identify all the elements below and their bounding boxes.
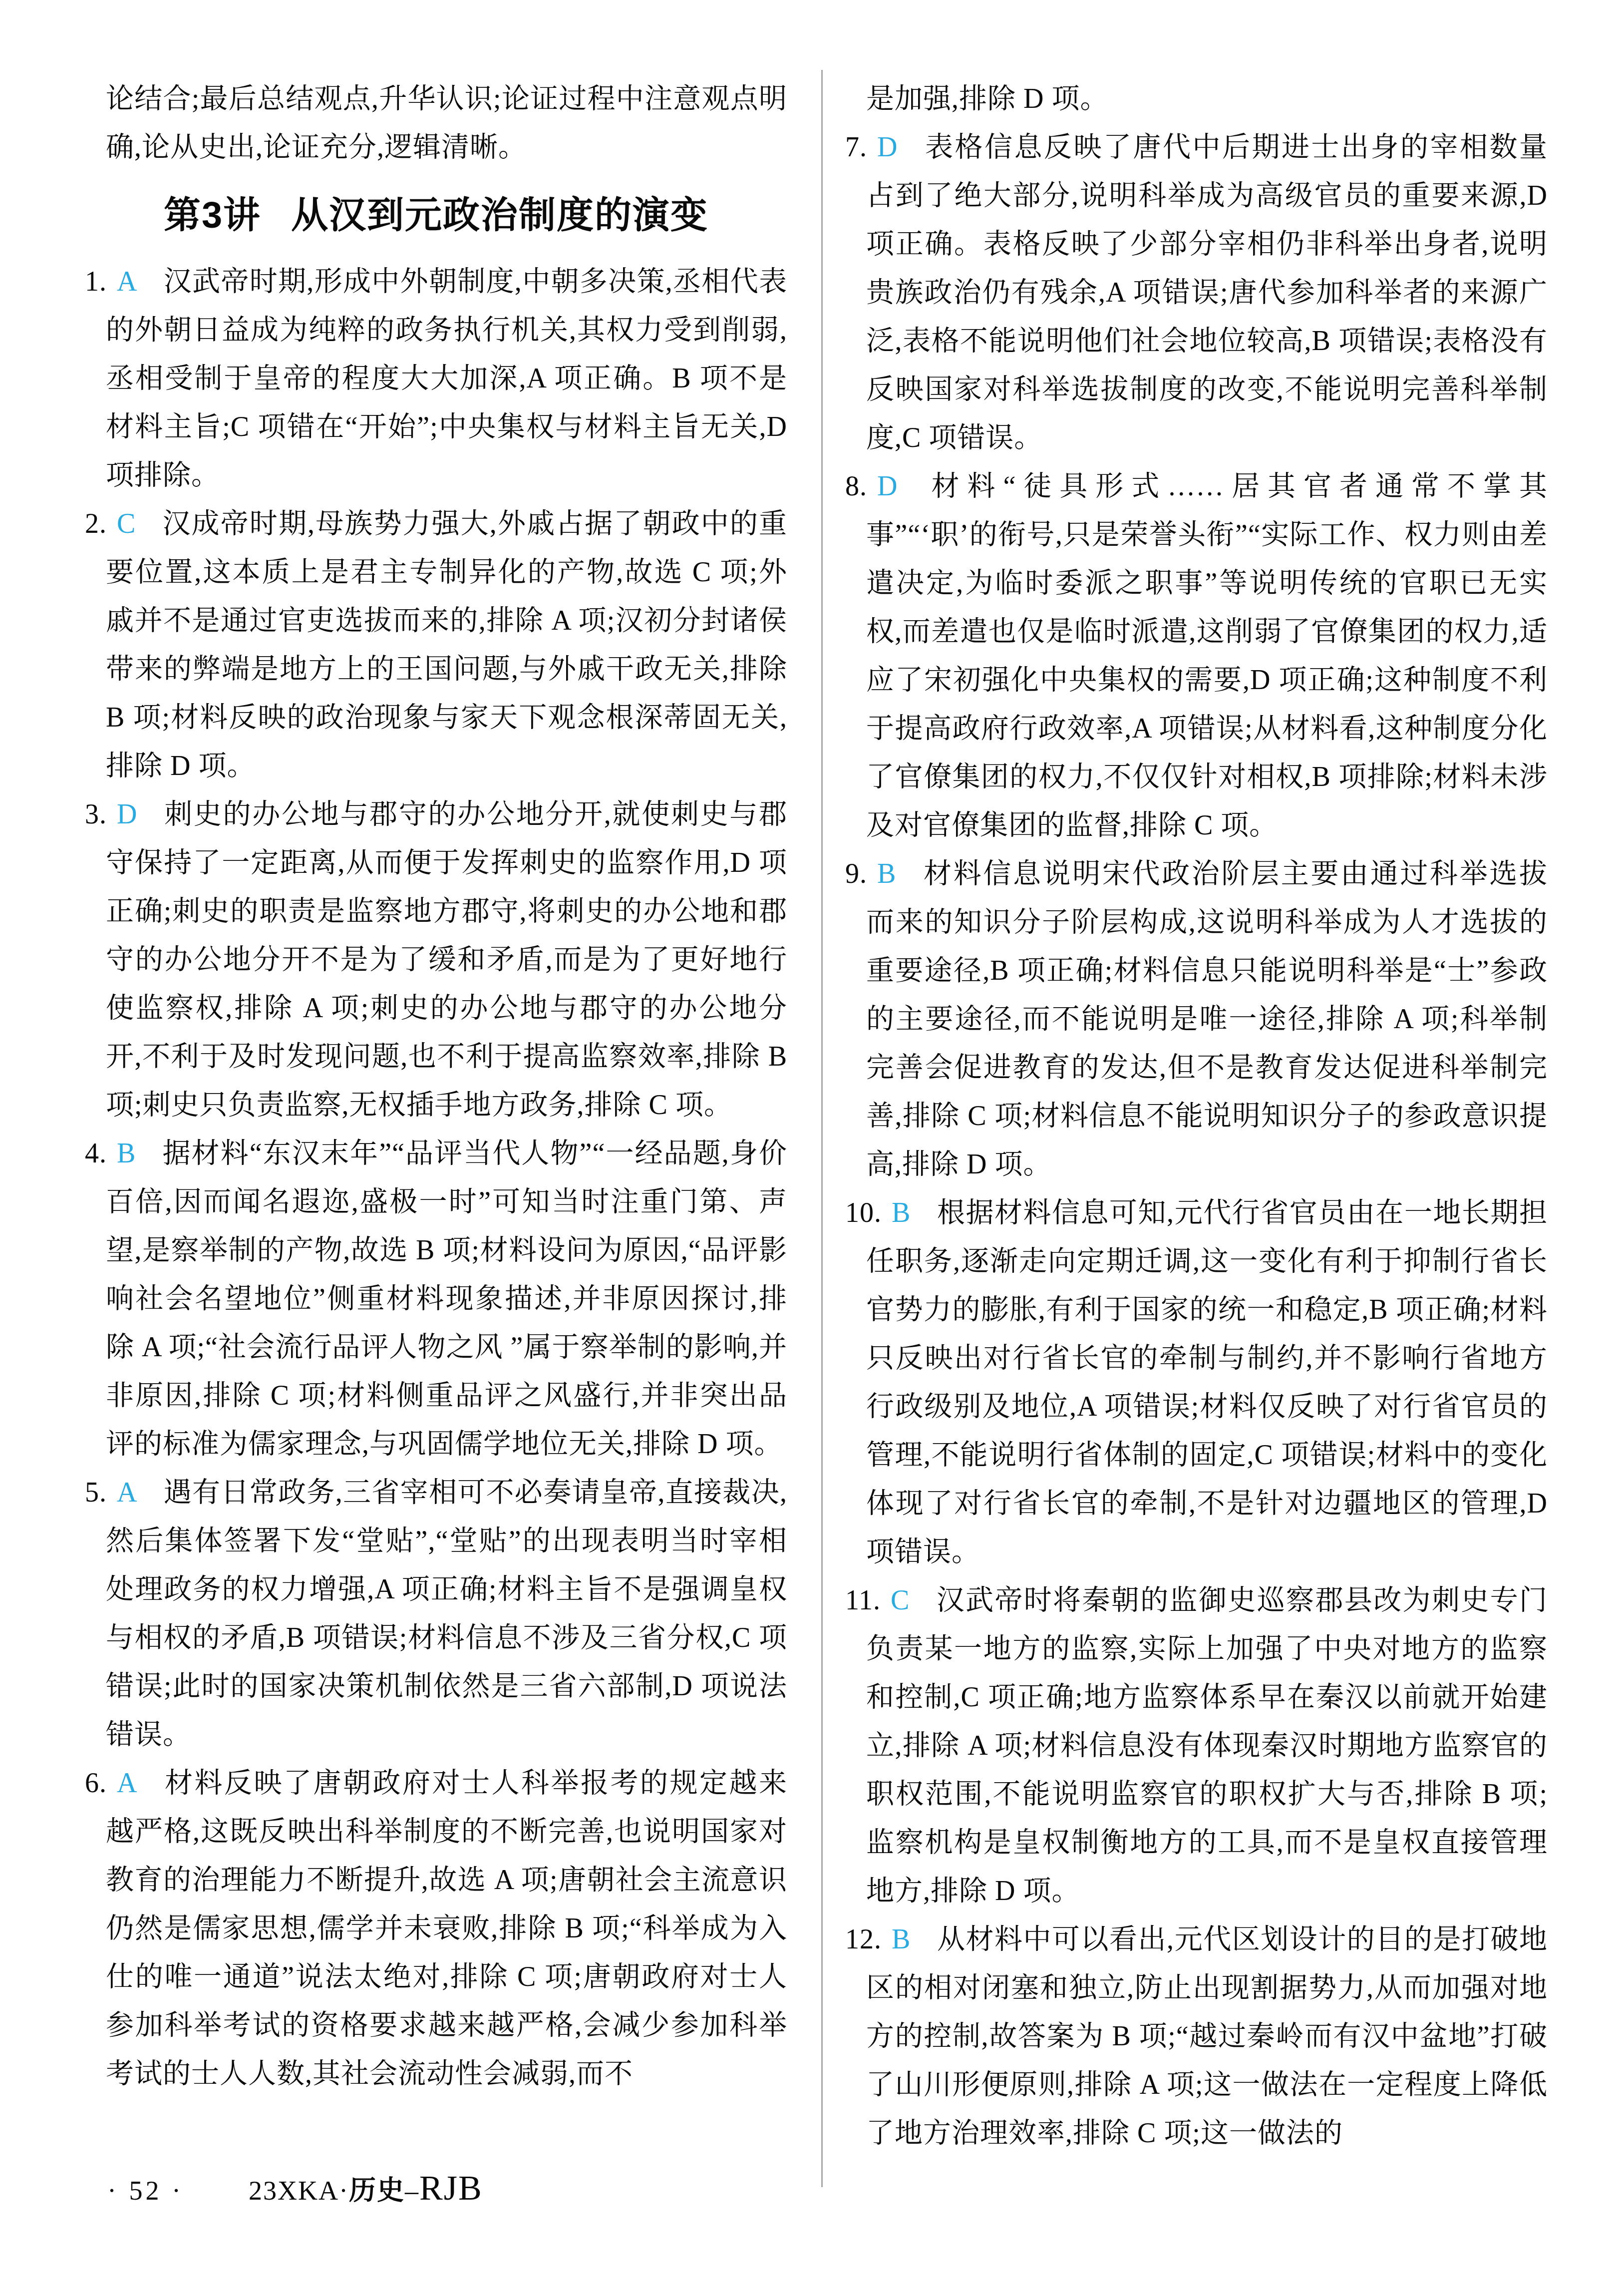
item-explanation: 遇有日常政务,三省宰相可不必奏请皇帝,直接裁决,然后集体签署下发“堂贴”,“堂贴… [106,1477,787,1750]
item-number: 11. [845,1585,881,1616]
answer-letter: D [117,799,137,830]
left-column: 论结合;最后总结观点,升华认识;论证过程中注意观点明确,论从史出,论证充分,逻辑… [85,75,787,2158]
item-explanation: 汉武帝时将秦朝的监御史巡察郡县改为刺史专门负责某一地方的监察,实际上加强了中央对… [866,1585,1548,1907]
section-title: 第3讲从汉到元政治制度的演变 [85,178,787,253]
item-number: 1. [85,266,107,297]
edition-dot: · [339,2176,349,2206]
answer-item-10: 10.B根据材料信息可知,元代行省官员由在一地长期担任职务,逐渐走向定期迁调,这… [845,1189,1548,1576]
page-number: · 52 · [107,2176,184,2206]
section-title-text: 从汉到元政治制度的演变 [291,194,708,236]
answer-letter: D [877,132,898,163]
item-number: 5. [85,1477,107,1508]
item-number: 8. [845,471,867,502]
page-footer: · 52 ·23XKA·历史–RJB [107,2171,483,2208]
answer-letter: A [117,1768,137,1799]
answer-item-4: 4.B据材料“东汉末年”“品评当代人物”“一经品题,身价百倍,因而闻名遐迩,盛极… [85,1130,787,1469]
page-content: 论结合;最后总结观点,升华认识;论证过程中注意观点明确,论从史出,论证充分,逻辑… [85,75,1548,2158]
edition-dash: – [405,2176,419,2206]
answer-letter: B [877,858,896,889]
item-explanation: 材料“徒具形式……居其官者通常不掌其事”“‘职’的衔号,只是荣誉头衔”“实际工作… [866,471,1548,841]
answer-letter: C [117,508,136,539]
item-number: 2. [85,508,107,539]
series-label: RJB [419,2169,483,2208]
answer-item-8: 8.D材料“徒具形式……居其官者通常不掌其事”“‘职’的衔号,只是荣誉头衔”“实… [845,462,1548,850]
section-title-number: 第3讲 [164,194,261,236]
answer-key-page: 论结合;最后总结观点,升华认识;论证过程中注意观点明确,论从史出,论证充分,逻辑… [0,0,1619,2296]
answer-letter: B [892,1197,911,1228]
item-number: 12. [845,1924,882,1955]
item-explanation: 刺史的办公地与郡守的办公地分开,就使刺史与郡守保持了一定距离,从而便于发挥刺史的… [106,799,787,1121]
carryover-paragraph: 是加强,排除 D 项。 [845,75,1548,123]
answer-letter: B [892,1924,911,1955]
answer-item-3: 3.D刺史的办公地与郡守的办公地分开,就使刺史与郡守保持了一定距离,从而便于发挥… [85,790,787,1130]
answer-letter: A [117,266,137,297]
item-explanation: 根据材料信息可知,元代行省官员由在一地长期担任职务,逐渐走向定期迁调,这一变化有… [866,1197,1548,1567]
item-number: 7. [845,132,867,163]
answer-item-12: 12.B从材料中可以看出,元代区划设计的目的是打破地区的相对闭塞和独立,防止出现… [845,1915,1548,2158]
answer-letter: C [891,1585,910,1616]
subject-label: 历史 [349,2176,405,2206]
item-explanation: 汉武帝时期,形成中外朝制度,中朝多决策,丞相代表的外朝日益成为纯粹的政务执行机关… [106,266,787,491]
item-explanation: 据材料“东汉末年”“品评当代人物”“一经品题,身价百倍,因而闻名遐迩,盛极一时”… [106,1138,787,1460]
item-number: 3. [85,799,107,830]
item-explanation: 表格信息反映了唐代中后期进士出身的宰相数量占到了绝大部分,说明科举成为高级官员的… [866,132,1548,453]
item-number: 10. [845,1197,882,1228]
answer-letter: A [117,1477,137,1508]
item-number: 9. [845,858,867,889]
right-column: 是加强,排除 D 项。 7.D表格信息反映了唐代中后期进士出身的宰相数量占到了绝… [845,75,1548,2158]
item-explanation: 汉成帝时期,母族势力强大,外戚占据了朝政中的重要位置,这本质上是君主专制异化的产… [106,508,787,781]
answer-letter: D [877,471,898,502]
edition-label: 23XKA·历史–RJB [249,2176,483,2206]
item-explanation: 材料信息说明宋代政治阶层主要由通过科举选拔而来的知识分子阶层构成,这说明科举成为… [866,858,1548,1180]
edition-code: 23XKA [249,2176,339,2206]
answer-item-2: 2.C汉成帝时期,母族势力强大,外戚占据了朝政中的重要位置,这本质上是君主专制异… [85,500,787,790]
answer-letter: B [117,1138,136,1169]
carryover-paragraph: 论结合;最后总结观点,升华认识;论证过程中注意观点明确,论从史出,论证充分,逻辑… [85,75,787,172]
column-divider [821,70,823,2187]
item-number: 4. [85,1138,107,1169]
item-number: 6. [85,1768,107,1799]
answer-item-11: 11.C汉武帝时将秦朝的监御史巡察郡县改为刺史专门负责某一地方的监察,实际上加强… [845,1576,1548,1915]
answer-item-1: 1.A汉武帝时期,形成中外朝制度,中朝多决策,丞相代表的外朝日益成为纯粹的政务执… [85,258,787,500]
item-explanation: 材料反映了唐朝政府对士人科举报考的规定越来越严格,这既反映出科举制度的不断完善,… [106,1768,787,2089]
answer-item-6: 6.A材料反映了唐朝政府对士人科举报考的规定越来越严格,这既反映出科举制度的不断… [85,1759,787,2098]
answer-item-7: 7.D表格信息反映了唐代中后期进士出身的宰相数量占到了绝大部分,说明科举成为高级… [845,123,1548,462]
answer-item-9: 9.B材料信息说明宋代政治阶层主要由通过科举选拔而来的知识分子阶层构成,这说明科… [845,850,1548,1189]
answer-item-5: 5.A遇有日常政务,三省宰相可不必奏请皇帝,直接裁决,然后集体签署下发“堂贴”,… [85,1469,787,1759]
item-explanation: 从材料中可以看出,元代区划设计的目的是打破地区的相对闭塞和独立,防止出现割据势力… [866,1924,1548,2149]
